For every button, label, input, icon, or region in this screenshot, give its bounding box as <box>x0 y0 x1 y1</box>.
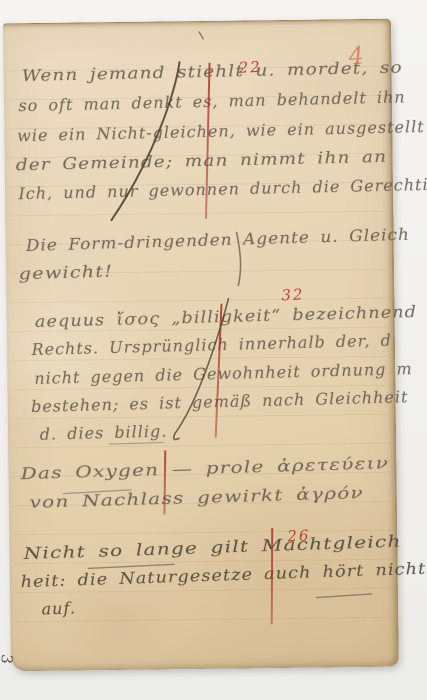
handwriting-line: d. dies billig. <box>40 421 168 444</box>
pencil-tick-mark <box>199 32 203 39</box>
handwriting-line: nicht gegen die Gewohnheit ordnung m <box>34 359 413 389</box>
handwriting-line: gewicht! <box>18 261 113 284</box>
handwriting-line: aequus ἴσος „billigkeit“ bezeichnend d <box>35 301 427 332</box>
handwriting-line: so oft man denkt es, man behandelt ihn <box>18 87 406 116</box>
sheet-number: 3 <box>0 653 16 664</box>
scan-background: Wenn jemand stiehlt u. mordet, so so oft… <box>0 0 427 700</box>
handwriting-line: von Nachlass gewirkt ἀγρόν <box>29 483 364 513</box>
red-margin-number: 22 <box>238 58 262 77</box>
red-reference-line <box>271 528 273 624</box>
handwriting-line: der Gemeinde; man nimmt ihn an <box>16 147 388 175</box>
handwriting-line: Die Form-dringenden Agente u. Gleich <box>26 225 411 256</box>
handwriting-line: heit: die Naturgesetze auch hört nicht <box>20 559 426 592</box>
red-margin-number: 32 <box>281 285 305 304</box>
handwriting-line: Ich, und nur gewonnen durch die Gerechti… <box>18 174 427 204</box>
handwriting-line: Nicht so lange gilt Machtgleich <box>23 532 401 565</box>
handwriting-line: auf. <box>41 598 76 619</box>
folio-number: 4 <box>347 41 365 70</box>
red-margin-number: 26 <box>287 526 311 545</box>
handwriting-line: Rechts. Ursprünglich innerhalb der, d <box>31 331 392 360</box>
handwriting-line: Wenn jemand stiehlt u. mordet, so <box>22 57 403 86</box>
pencil-underline <box>316 594 372 598</box>
handwriting-line: bestehen; es ist gemäß nach Gleichheit <box>31 387 409 417</box>
notebook-page: Wenn jemand stiehlt u. mordet, so so oft… <box>3 19 399 672</box>
handwriting-line: Das Oxygen — prole ἀρετεύειν <box>20 453 389 484</box>
handwriting-line: wie ein Nicht-gleichen, wie ein ausgeste… <box>17 117 425 146</box>
